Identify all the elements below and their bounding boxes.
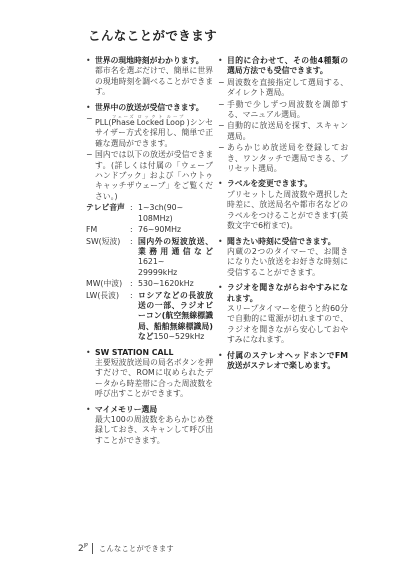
dash-marker: − [86, 114, 93, 124]
bullet-item: • 世界中の放送が受信できます。 [86, 103, 213, 113]
dash-text: 自動的に放送局を探す、スキャン選局。 [227, 121, 348, 140]
band-separator: : [130, 291, 138, 343]
band-separator: : [130, 279, 138, 289]
dash-marker: − [86, 150, 93, 160]
furigana-phase: Phaseフェーズ [111, 118, 134, 127]
band-value: ロシアなどの長波放送の一部、ラジオビーコン(航空無線標識局、船舶無線標識局)など… [138, 291, 213, 343]
bullet-item: • ラベルを変更できます。 プリセットした周波数や選択した時差に、放送局名や都市… [218, 179, 348, 231]
band-desc: 国内外の短波放送、業務用通信など [138, 237, 213, 256]
dash-marker: − [218, 78, 225, 88]
section-heading: SW STATION CALL [95, 348, 173, 357]
section-body: 都市名を選ぶだけで、簡単に世界の現地時刻を調べることができます。 [95, 66, 213, 97]
band-value: 530~1620kHz [138, 279, 213, 289]
section-heading: マイメモリー選局 [95, 405, 157, 414]
band-label: MW(中波) [86, 279, 130, 289]
feature-section-station-call: • SW STATION CALL 主要短波放送局の局名ボタンを押すだけで、RO… [86, 348, 213, 400]
feature-section-stereo: • 付属のステレオヘッドホンでFM放送がステレオで楽しめます。 [218, 351, 348, 372]
feature-section-world-time: • 世界の現地時刻がわかります。 都市名を選ぶだけで、簡単に世界の現地時刻を調べ… [86, 56, 213, 98]
band-separator: : [130, 225, 138, 235]
page-number-suffix: JP [84, 544, 88, 549]
band-label: FM [86, 225, 130, 235]
dash-marker: − [218, 121, 225, 131]
left-column: • 世界の現地時刻がわかります。 都市名を選ぶだけで、簡単に世界の現地時刻を調べ… [86, 56, 213, 451]
section-body: 最大100の周波数をあらかじめ登録しておき、スキャンして呼び出すことができます。 [95, 415, 213, 446]
section-heading: 付属のステレオヘッドホンでFM放送がステレオで楽しめます。 [227, 351, 348, 370]
section-heading: 目的に合わせて、その他4種類の選局方法でも受信できます。 [227, 56, 348, 75]
pll-prefix: PLL( [95, 118, 111, 127]
band-label: LW(長波) [86, 291, 130, 343]
band-value: 1~3ch(90~ 108MHz) [138, 203, 213, 224]
bullet-item: • ラジオを聞きながらおやすみになれます。 スリープタイマーを使うと約60分で自… [218, 283, 348, 345]
bullet-item: • 目的に合わせて、その他4種類の選局方法でも受信できます。 [218, 56, 348, 77]
band-freq: 1621~ 29999kHz [138, 257, 177, 276]
feature-section-my-memory: • マイメモリー選局 最大100の周波数をあらかじめ登録しておき、スキャンして呼… [86, 405, 213, 447]
feature-section-labels: • ラベルを変更できます。 プリセットした周波数や選択した時差に、放送局名や都市… [218, 179, 348, 231]
right-column: • 目的に合わせて、その他4種類の選局方法でも受信できます。 − 周波数を直接指… [218, 56, 348, 451]
bullet-marker: • [218, 351, 223, 361]
section-body: プリセットした周波数や選択した時差に、放送局名や都市名などのラベルをつけることが… [227, 190, 348, 232]
section-body: 内蔵の2つのタイマーで、お聞きになりたい放送をお好きな時刻に受信することができま… [227, 247, 348, 278]
pll-text: PLL(PhaseフェーズLockedロックトLoopループ)シンセサイザー方式… [95, 118, 213, 148]
dash-item-scan: − 自動的に放送局を探す、スキャン選局。 [218, 121, 348, 142]
feature-section-timer: • 聞きたい時刻に受信できます。 内蔵の2つのタイマーで、お聞きになりたい放送を… [218, 237, 348, 279]
band-separator: : [130, 203, 138, 224]
dash-text: あらかじめ放送局を登録しておき、ワンタッチで選局できる、プリセット選局。 [227, 143, 348, 173]
bullet-item: • 聞きたい時刻に受信できます。 内蔵の2つのタイマーで、お聞きになりたい放送を… [218, 237, 348, 279]
bullet-item: • 付属のステレオヘッドホンでFM放送がステレオで楽しめます。 [218, 351, 348, 372]
page-number: 2JP [78, 544, 88, 554]
band-freq: 530~1620kHz [138, 279, 194, 288]
feature-section-world-broadcast: • 世界中の放送が受信できます。 − PLL(PhaseフェーズLockedロッ… [86, 103, 213, 343]
section-heading: 聞きたい時刻に受信できます。 [227, 237, 336, 246]
band-freq: 150~529kHz [154, 332, 205, 341]
section-heading: ラジオを聞きながらおやすみになれます。 [227, 283, 348, 302]
band-row-tv: テレビ音声 : 1~3ch(90~ 108MHz) [86, 203, 213, 224]
bullet-marker: • [218, 56, 223, 66]
dash-text: 国内では以下の放送が受信できます。(詳しくは付属の「ウェーブハンドブック」および… [95, 150, 213, 201]
band-label: テレビ音声 [86, 203, 130, 224]
bullet-marker: • [86, 56, 91, 66]
dash-marker: − [218, 100, 225, 110]
bullet-marker: • [86, 103, 91, 113]
section-body: スリープタイマーを使うと約60分で自動的に電源が切れますので、ラジオを聞きながら… [227, 304, 348, 346]
bullet-marker: • [86, 348, 91, 358]
page-footer: 2JP こんなことができます [78, 543, 174, 554]
furigana-locked: Lockedロックト [137, 118, 164, 127]
band-separator: : [130, 237, 138, 279]
content-columns: • 世界の現地時刻がわかります。 都市名を選ぶだけで、簡単に世界の現地時刻を調べ… [86, 56, 348, 451]
dash-text: 手動で少しずつ周波数を調節する、マニュアル選局。 [227, 100, 348, 119]
dash-item-pll: − PLL(PhaseフェーズLockedロックトLoopループ)シンセサイザー… [86, 114, 213, 149]
bullet-marker: • [218, 179, 223, 189]
bullet-marker: • [86, 405, 91, 415]
dash-item-direct: − 周波数を直接指定して選局する、ダイレクト選局。 [218, 78, 348, 99]
page-title: こんなことができます [88, 26, 217, 44]
manual-page: こんなことができます • 世界の現地時刻がわかります。 都市名を選ぶだけで、簡単… [0, 0, 410, 580]
feature-section-sleep: • ラジオを聞きながらおやすみになれます。 スリープタイマーを使うと約60分で自… [218, 283, 348, 345]
dash-item-manual: − 手動で少しずつ周波数を調節する、マニュアル選局。 [218, 100, 348, 121]
band-row-mw: MW(中波) : 530~1620kHz [86, 279, 213, 289]
feature-section-tuning-methods: • 目的に合わせて、その他4種類の選局方法でも受信できます。 − 周波数を直接指… [218, 56, 348, 174]
band-freq: 1~3ch(90~ 108MHz) [138, 203, 183, 222]
bullet-marker: • [218, 237, 223, 247]
band-label: SW(短波) [86, 237, 130, 279]
section-heading: 世界の現地時刻がわかります。 [95, 56, 204, 65]
dash-item-domestic: − 国内では以下の放送が受信できます。(詳しくは付属の「ウェーブハンドブック」お… [86, 150, 213, 202]
band-table: テレビ音声 : 1~3ch(90~ 108MHz) FM : 76~90MHz [86, 203, 213, 342]
bullet-item: • 世界の現地時刻がわかります。 都市名を選ぶだけで、簡単に世界の現地時刻を調べ… [86, 56, 213, 98]
section-heading: ラベルを変更できます。 [227, 179, 312, 188]
dash-marker: − [218, 143, 225, 153]
bullet-item: • SW STATION CALL 主要短波放送局の局名ボタンを押すだけで、RO… [86, 348, 213, 400]
band-row-sw: SW(短波) : 国内外の短波放送、業務用通信など1621~ 29999kHz [86, 237, 213, 279]
section-body: 主要短波放送局の局名ボタンを押すだけで、ROMに収められたデータから時差帯に合っ… [95, 358, 213, 400]
dash-item-preset: − あらかじめ放送局を登録しておき、ワンタッチで選局できる、プリセット選局。 [218, 143, 348, 174]
footer-title: こんなことができます [99, 544, 174, 554]
band-value: 76~90MHz [138, 225, 213, 235]
dash-text: 周波数を直接指定して選局する、ダイレクト選局。 [227, 78, 348, 97]
band-freq: 76~90MHz [138, 225, 181, 234]
section-heading: 世界中の放送が受信できます。 [95, 103, 204, 112]
bullet-item: • マイメモリー選局 最大100の周波数をあらかじめ登録しておき、スキャンして呼… [86, 405, 213, 447]
bullet-marker: • [218, 283, 223, 293]
footer-divider [92, 543, 93, 554]
band-row-fm: FM : 76~90MHz [86, 225, 213, 235]
band-value: 国内外の短波放送、業務用通信など1621~ 29999kHz [138, 237, 213, 279]
band-row-lw: LW(長波) : ロシアなどの長波放送の一部、ラジオビーコン(航空無線標識局、船… [86, 291, 213, 343]
furigana-loop: Loopループ [166, 118, 185, 127]
